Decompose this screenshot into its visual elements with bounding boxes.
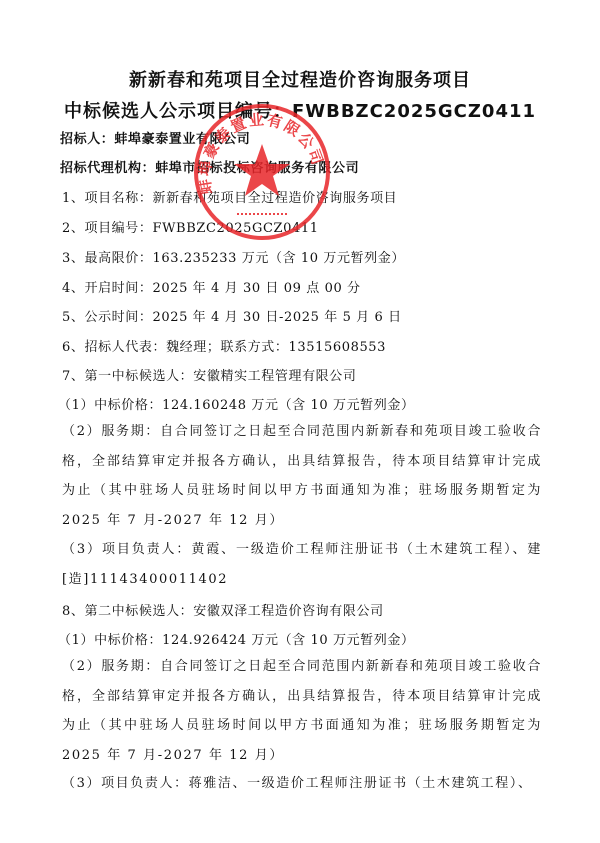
item-project-name: 1、项目名称：新新春和苑项目全过程造价咨询服务项目	[62, 187, 397, 206]
second-project-manager: （3）项目负责人：蒋雅洁、一级造价工程师注册证书（土木建筑工程）、	[62, 769, 542, 799]
svg-text:蚌埠豪泰置业有限公司: 蚌埠豪泰置业有限公司	[195, 111, 327, 196]
agency-line: 招标代理机构：蚌埠市招标投标咨询服务有限公司	[60, 157, 359, 176]
first-service-period: （2）服务期：自合同签订之日起至合同范围内新新春和苑项目竣工验收合格，全部结算审…	[62, 417, 542, 535]
second-price: （1）中标价格：124.926424 万元（含 10 万元暂列金）	[58, 629, 415, 648]
item-representative: 6、招标人代表：魏经理；联系方式：13515608553	[62, 336, 386, 355]
first-price: （1）中标价格：124.160248 万元（含 10 万元暂列金）	[58, 394, 415, 413]
document-title: 新新春和苑项目全过程造价咨询服务项目	[0, 66, 600, 92]
item-publicity-time: 5、公示时间：2025 年 4 月 30 日-2025 年 5 月 6 日	[62, 306, 402, 325]
document-subtitle: 中标候选人公示项目编号：FWBBZC2025GCZ0411	[0, 97, 600, 123]
second-service-period: （2）服务期：自合同签订之日起至合同范围内新新春和苑项目竣工验收合格，全部结算审…	[62, 652, 542, 770]
item-max-price: 3、最高限价：163.235233 万元（含 10 万元暂列金）	[62, 247, 405, 266]
item-first-candidate: 7、第一中标候选人：安徽精实工程管理有限公司	[62, 365, 356, 384]
item-second-candidate: 8、第二中标候选人：安徽双泽工程造价咨询有限公司	[62, 600, 384, 619]
first-project-manager: （3）项目负责人：黄霞、一级造价工程师注册证书（土木建筑工程）、建[造]1114…	[62, 535, 542, 594]
tenderer-line: 招标人：蚌埠豪泰置业有限公司	[60, 128, 250, 147]
item-open-time: 4、开启时间：2025 年 4 月 30 日 09 点 00 分	[62, 277, 361, 296]
item-project-number: 2、项目编号：FWBBZC2025GCZ0411	[62, 217, 319, 236]
